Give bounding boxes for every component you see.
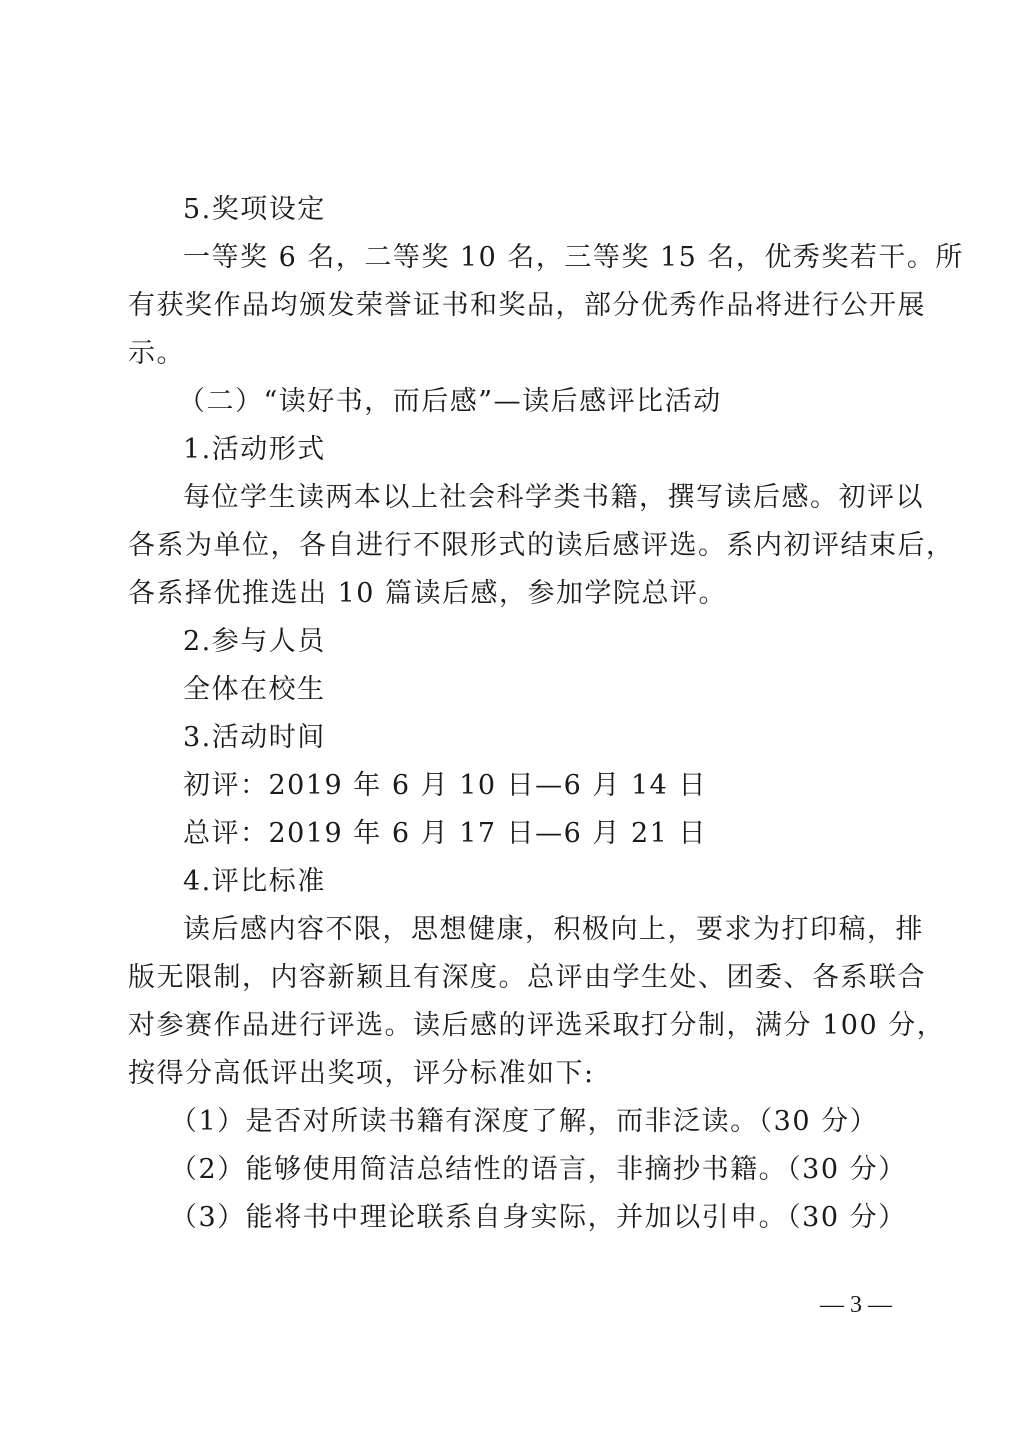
paragraph-line: 每位学生读两本以上社会科学类书籍，撰写读后感。初评以 <box>183 480 904 516</box>
item-heading-time: 3.活动时间 <box>183 720 904 756</box>
page-number: — 3 — <box>820 1290 892 1320</box>
final-dates: 总评：2019 年 6 月 17 日—6 月 21 日 <box>183 816 904 852</box>
paragraph-line: 各系为单位，各自进行不限形式的读后感评选。系内初评结束后， <box>128 528 904 564</box>
paragraph-line: 一等奖 6 名，二等奖 10 名，三等奖 15 名，优秀奖若干。所 <box>183 240 904 276</box>
paragraph-line: 有获奖作品均颁发荣誉证书和奖品，部分优秀作品将进行公开展 <box>128 288 904 324</box>
item-heading-criteria: 4.评比标准 <box>183 864 904 900</box>
criteria-item: （2）能够使用简洁总结性的语言，非摘抄书籍。（30 分） <box>170 1152 891 1188</box>
paragraph-line: 各系择优推选出 10 篇读后感，参加学院总评。 <box>128 576 904 612</box>
paragraph-line: 按得分高低评出奖项，评分标准如下: <box>128 1056 904 1092</box>
part-title: （二）“读好书，而后感”—读后感评比活动 <box>178 384 899 420</box>
criteria-item: （3）能将书中理论联系自身实际，并加以引申。（30 分） <box>170 1200 891 1236</box>
paragraph-line: 示。 <box>128 336 904 372</box>
item-heading-format: 1.活动形式 <box>183 432 904 468</box>
participants-text: 全体在校生 <box>183 672 904 708</box>
document-page: 5.奖项设定 一等奖 6 名，二等奖 10 名，三等奖 15 名，优秀奖若干。所… <box>0 0 1024 1447</box>
paragraph-line: 读后感内容不限，思想健康，积极向上，要求为打印稿，排 <box>183 912 904 948</box>
preliminary-dates: 初评：2019 年 6 月 10 日—6 月 14 日 <box>183 768 904 804</box>
criteria-item: （1）是否对所读书籍有深度了解，而非泛读。（30 分） <box>170 1104 891 1140</box>
paragraph-line: 版无限制，内容新颖且有深度。总评由学生处、团委、各系联合 <box>128 960 904 996</box>
item-heading-participants: 2.参与人员 <box>183 624 904 660</box>
paragraph-line: 对参赛作品进行评选。读后感的评选采取打分制，满分 100 分， <box>128 1008 904 1044</box>
section-heading-awards: 5.奖项设定 <box>183 192 904 228</box>
